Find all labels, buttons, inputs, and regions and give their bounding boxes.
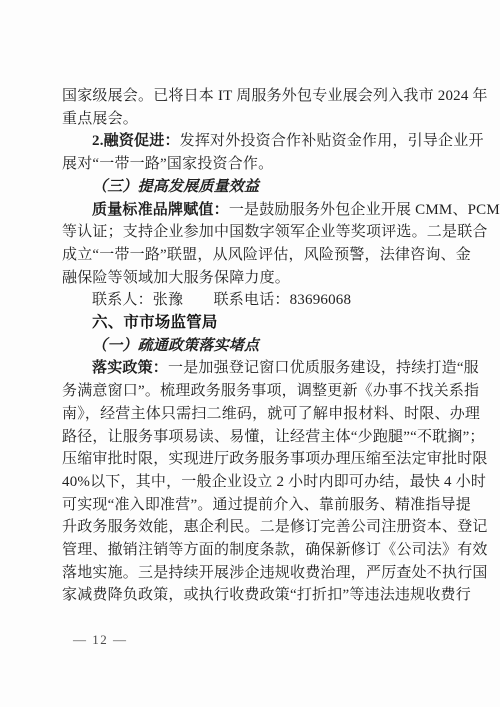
body-text: 等认证；支持企业参加中国数字领军企业等奖项评选。二是联合 xyxy=(62,224,488,240)
body-text: 一是鼓励服务外包企业开展 CMM、PCMM xyxy=(229,202,500,218)
text-line: 管理、撤销注销等方面的制度条款，确保新修订《公司法》有效 xyxy=(62,539,442,562)
page-number: — 12 — xyxy=(73,632,128,648)
text-line: 联系人：张豫 联系电话：83696068 xyxy=(62,289,442,312)
body-text: 国家级展会。已将日本 IT 周服务外包专业展会列入我市 2024 年 xyxy=(62,88,488,104)
body-text: 成立“一带一路”联盟，从风险评估，风险预警，法律咨询、金 xyxy=(62,247,471,263)
text-line: 融保险等领域加大服务保障力度。 xyxy=(62,267,442,290)
body-text: 可实现“准入即准营”。通过提前介入、靠前服务、精准指导提 xyxy=(62,497,471,513)
text-line: （三）提高发展质量效益 xyxy=(62,176,442,199)
body-text: 联系人：张豫 联系电话：83696068 xyxy=(92,292,351,308)
text-line: （一）疏通政策落实堵点 xyxy=(62,335,442,358)
text-line: 重点展会。 xyxy=(62,108,442,131)
body-text: 压缩审批时限，实现进厅政务服务事项办理压缩至法定审批时限 xyxy=(62,451,488,467)
text-line: 家减费降负政策，或执行收费政策“打折扣”等违法违规收费行 xyxy=(62,584,442,607)
body-text: 展对“一带一路”国家投资合作。 xyxy=(62,156,273,172)
emphasis-text: 落实政策： xyxy=(92,360,168,376)
text-line: 路径，让服务事项易读、易懂，让经营主体“少跑腿”“不耽搁”； xyxy=(62,426,442,449)
document-page: 国家级展会。已将日本 IT 周服务外包专业展会列入我市 2024 年重点展会。2… xyxy=(0,0,500,707)
body-text: 路径，让服务事项易读、易懂，让经营主体“少跑腿”“不耽搁”； xyxy=(62,429,485,445)
emphasis-text: 六、市市场监管局 xyxy=(92,314,218,331)
text-line: 落实政策：一是加强登记窗口优质服务建设，持续打造“服 xyxy=(62,357,442,380)
text-line: 六、市市场监管局 xyxy=(62,312,442,335)
body-text: （一）疏通政策落实堵点 xyxy=(92,338,259,354)
body-text: 一是加强登记窗口优质服务建设，持续打造“服 xyxy=(168,360,479,376)
text-line: 可实现“准入即准营”。通过提前介入、靠前服务、精准指导提 xyxy=(62,494,442,517)
body-text: 落地实施。三是持续开展涉企违规收费治理，严厉查处不执行国 xyxy=(62,565,488,581)
body-text: 务满意窗口”。梳理政务服务事项，调整更新《办事不找关系指 xyxy=(62,383,479,399)
text-line: 40%以下，其中，一般企业设立 2 小时内即可办结，最快 4 小时 xyxy=(62,471,442,494)
text-line: 南》，经营主体只需扫二维码，就可了解申报材料、时限、办理 xyxy=(62,403,442,426)
text-line: 2.融资促进：发挥对外投资合作补贴资金作用，引导企业开 xyxy=(62,130,442,153)
body-text: 重点展会。 xyxy=(62,111,138,127)
body-text: 升政务服务效能，惠企利民。二是修订完善公司注册资本、登记 xyxy=(62,519,488,535)
document-body: 国家级展会。已将日本 IT 周服务外包专业展会列入我市 2024 年重点展会。2… xyxy=(62,85,442,607)
body-text: 管理、撤销注销等方面的制度条款，确保新修订《公司法》有效 xyxy=(62,542,488,558)
body-text: （三）提高发展质量效益 xyxy=(92,179,259,195)
emphasis-text: 质量标准品牌赋值： xyxy=(92,202,229,218)
body-text: 家减费降负政策，或执行收费政策“打折扣”等违法违规收费行 xyxy=(62,587,471,603)
body-text: 40%以下，其中，一般企业设立 2 小时内即可办结，最快 4 小时 xyxy=(62,474,486,490)
text-line: 国家级展会。已将日本 IT 周服务外包专业展会列入我市 2024 年 xyxy=(62,85,442,108)
body-text: 发挥对外投资合作补贴资金作用，引导企业开 xyxy=(180,133,484,149)
text-line: 等认证；支持企业参加中国数字领军企业等奖项评选。二是联合 xyxy=(62,221,442,244)
text-line: 升政务服务效能，惠企利民。二是修订完善公司注册资本、登记 xyxy=(62,516,442,539)
text-line: 务满意窗口”。梳理政务服务事项，调整更新《办事不找关系指 xyxy=(62,380,442,403)
body-text: 融保险等领域加大服务保障力度。 xyxy=(62,270,290,286)
text-line: 落地实施。三是持续开展涉企违规收费治理，严厉查处不执行国 xyxy=(62,562,442,585)
text-line: 成立“一带一路”联盟，从风险评估，风险预警，法律咨询、金 xyxy=(62,244,442,267)
text-line: 质量标准品牌赋值：一是鼓励服务外包企业开展 CMM、PCMM xyxy=(62,199,442,222)
body-text: 南》，经营主体只需扫二维码，就可了解申报材料、时限、办理 xyxy=(62,406,480,422)
emphasis-text: 2.融资促进： xyxy=(92,133,180,149)
text-line: 压缩审批时限，实现进厅政务服务事项办理压缩至法定审批时限 xyxy=(62,448,442,471)
text-line: 展对“一带一路”国家投资合作。 xyxy=(62,153,442,176)
